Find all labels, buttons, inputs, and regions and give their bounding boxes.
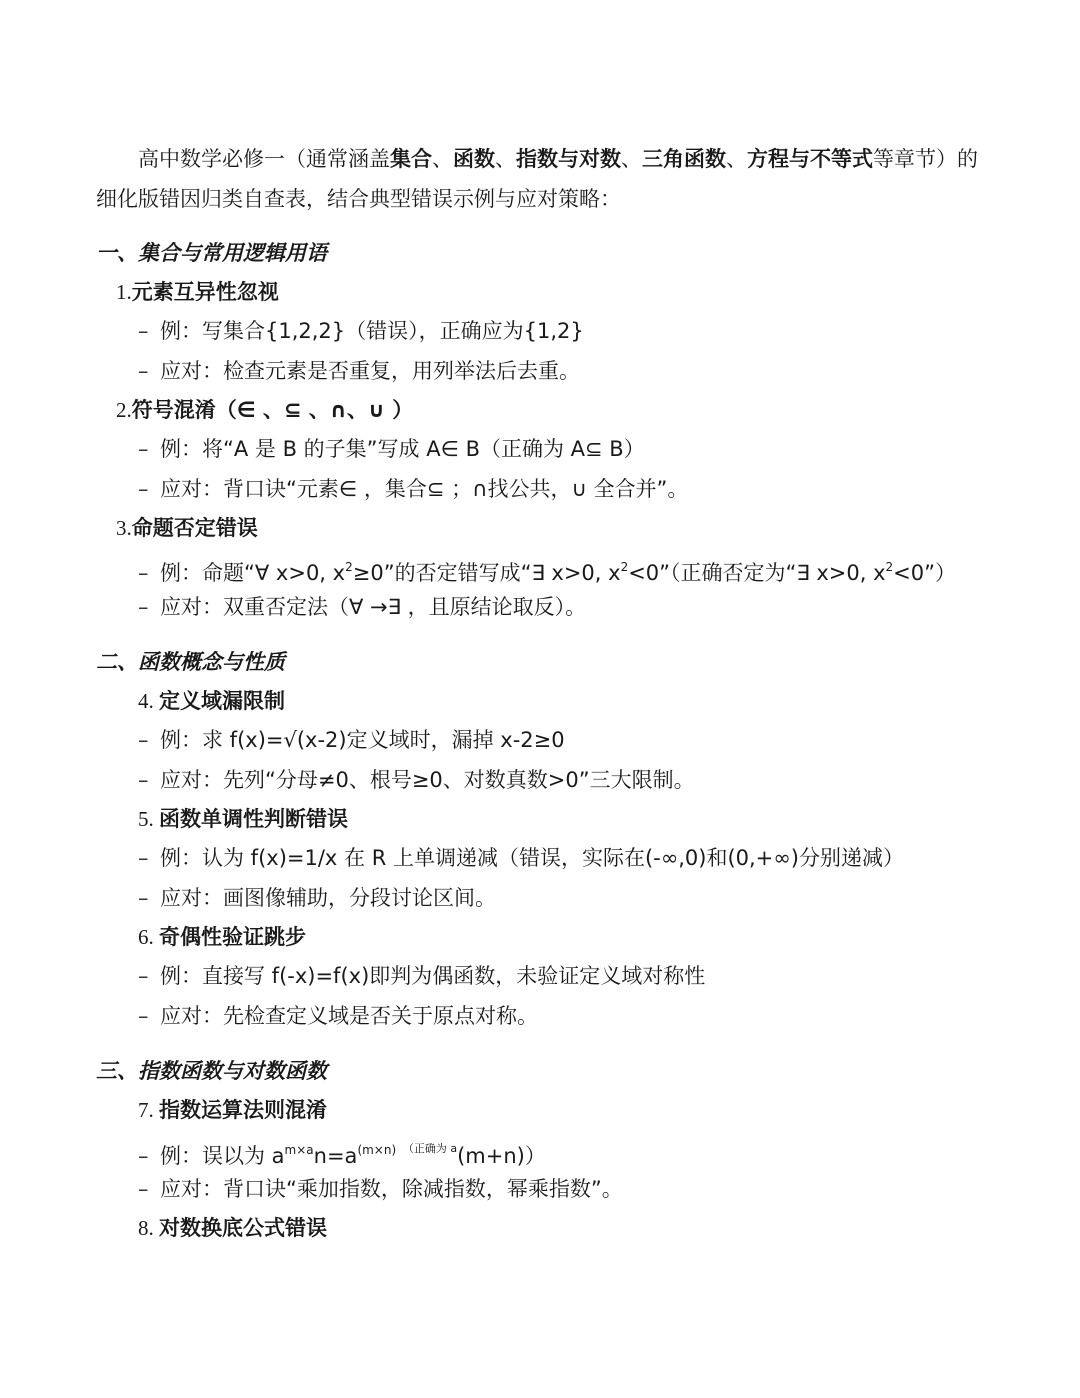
example-text: ≥0”的否定错写成“∃ x>0, x: [353, 561, 621, 585]
item-3-title: 3.命题否定错误: [116, 513, 258, 543]
item-7-example: –例：误以为 am×an=a(m×n) （正确为 a(m+n)）: [138, 1134, 546, 1171]
item-6-strategy: –应对：先检查定义域是否关于原点对称。: [138, 1001, 538, 1031]
separator: 、: [495, 147, 516, 171]
example-text: <0”）: [893, 561, 956, 585]
dash-bullet-icon: –: [138, 1141, 160, 1171]
item-3-strategy: –应对：双重否定法（∀ →∃ ，且原结论取反）。: [138, 592, 586, 622]
strategy-text: 应对：画图像辅助，分段讨论区间。: [160, 886, 496, 910]
dash-bullet-icon: –: [138, 558, 160, 588]
item-7-title: 7. 指数运算法则混淆: [138, 1095, 327, 1125]
example-text: 例：写集合{1,2,2}（错误），正确应为{1,2}: [160, 319, 584, 343]
dash-bullet-icon: –: [138, 765, 160, 795]
item-1-title: 1.元素互异性忽视: [116, 277, 279, 307]
item-title: 元素互异性忽视: [132, 280, 279, 304]
dash-bullet-icon: –: [138, 434, 160, 464]
dash-bullet-icon: –: [138, 592, 160, 622]
item-4-example: –例：求 f(x)=√(x-2)定义域时，漏掉 x-2≥0: [138, 725, 565, 755]
strategy-text: 应对：背口诀“元素∈ ，集合⊆ ；∩找公共，∪ 全合并”。: [160, 477, 688, 501]
item-title: 命题否定错误: [132, 516, 258, 540]
intro-text: 高中数学必修一（通常涵盖: [138, 147, 390, 171]
item-7-strategy: –应对：背口诀“乘加指数，除减指数，幂乘指数”。: [138, 1174, 623, 1204]
section-heading-3: 三、指数函数与对数函数: [96, 1056, 327, 1086]
intro-text: 等章节）的: [873, 147, 978, 171]
superscript: m×a: [285, 1143, 314, 1157]
dash-bullet-icon: –: [138, 356, 160, 386]
item-6-title: 6. 奇偶性验证跳步: [138, 922, 306, 952]
section-heading-1: 一、集合与常用逻辑用语: [96, 238, 327, 268]
dash-bullet-icon: –: [138, 1001, 160, 1031]
example-text: 例：将“A 是 B 的子集”写成 A∈ B（正确为 A⊆ B）: [160, 437, 645, 461]
example-text: n=a: [314, 1144, 358, 1168]
intro-bold-equations: 方程与不等式: [747, 147, 873, 171]
separator: 、: [726, 147, 747, 171]
item-number: 4.: [138, 689, 154, 713]
item-number: 1.: [116, 280, 132, 304]
item-5-strategy: –应对：画图像辅助，分段讨论区间。: [138, 883, 496, 913]
separator: 、: [621, 147, 642, 171]
item-title: 对数换底公式错误: [159, 1216, 327, 1240]
strategy-text: 应对：先检查定义域是否关于原点对称。: [160, 1004, 538, 1028]
strategy-text: 应对：先列“分母≠0、根号≥0、对数真数>0”三大限制。: [160, 768, 695, 792]
item-number: 7.: [138, 1098, 154, 1122]
intro-bold-exp-log: 指数与对数: [516, 147, 621, 171]
section-heading-2: 二、函数概念与性质: [96, 647, 285, 677]
dash-bullet-icon: –: [138, 1174, 160, 1204]
example-text: 例：命题“∀ x>0, x: [160, 561, 345, 585]
item-3-example: –例：命题“∀ x>0, x2≥0”的否定错写成“∃ x>0, x2<0”（正确…: [138, 552, 956, 588]
item-5-title: 5. 函数单调性判断错误: [138, 804, 348, 834]
dash-bullet-icon: –: [138, 883, 160, 913]
item-number: 2.: [116, 398, 132, 422]
item-4-strategy: –应对：先列“分母≠0、根号≥0、对数真数>0”三大限制。: [138, 765, 695, 795]
item-1-strategy: –应对：检查元素是否重复，用列举法后去重。: [138, 356, 580, 386]
item-1-example: –例：写集合{1,2,2}（错误），正确应为{1,2}: [138, 316, 584, 346]
item-title: 函数单调性判断错误: [159, 807, 348, 831]
example-text: 例：求 f(x)=√(x-2)定义域时，漏掉 x-2≥0: [160, 728, 565, 752]
item-title: 符号混淆（∈ 、⊆ 、∩、∪ ）: [132, 398, 413, 422]
example-text: 例：误以为 a: [160, 1144, 285, 1168]
item-number: 3.: [116, 516, 132, 540]
item-number: 8.: [138, 1216, 154, 1240]
item-8-title: 8. 对数换底公式错误: [138, 1213, 327, 1243]
superscript: （正确为 a: [403, 1142, 457, 1155]
item-2-strategy: –应对：背口诀“元素∈ ，集合⊆ ；∩找公共，∪ 全合并”。: [138, 474, 688, 504]
item-2-example: –例：将“A 是 B 的子集”写成 A∈ B（正确为 A⊆ B）: [138, 434, 645, 464]
example-text: <0”（正确否定为“∃ x>0, x: [628, 561, 885, 585]
intro-bold-functions: 函数: [453, 147, 495, 171]
intro-bold-sets: 集合: [390, 147, 432, 171]
example-text: (m+n)）: [457, 1144, 546, 1168]
dash-bullet-icon: –: [138, 474, 160, 504]
dash-bullet-icon: –: [138, 316, 160, 346]
item-title: 奇偶性验证跳步: [159, 925, 306, 949]
item-number: 6.: [138, 925, 154, 949]
dash-bullet-icon: –: [138, 843, 160, 873]
strategy-text: 应对：背口诀“乘加指数，除减指数，幂乘指数”。: [160, 1177, 623, 1201]
superscript: 2: [345, 560, 353, 574]
example-text: 例：认为 f(x)=1/x 在 R 上单调递减（错误，实际在(-∞,0)和(0,…: [160, 846, 904, 870]
separator: 、: [432, 147, 453, 171]
superscript: (m×n): [357, 1143, 396, 1157]
item-4-title: 4. 定义域漏限制: [138, 686, 285, 716]
strategy-text: 应对：双重否定法（∀ →∃ ，且原结论取反）。: [160, 595, 586, 619]
item-number: 5.: [138, 807, 154, 831]
item-title: 指数运算法则混淆: [159, 1098, 327, 1122]
intro-line-1: 高中数学必修一（通常涵盖集合、函数、指数与对数、三角函数、方程与不等式等章节）的: [138, 144, 978, 174]
item-title: 定义域漏限制: [159, 689, 285, 713]
intro-bold-trig: 三角函数: [642, 147, 726, 171]
strategy-text: 应对：检查元素是否重复，用列举法后去重。: [160, 359, 580, 383]
dash-bullet-icon: –: [138, 961, 160, 991]
dash-bullet-icon: –: [138, 725, 160, 755]
item-2-title: 2.符号混淆（∈ 、⊆ 、∩、∪ ）: [116, 395, 413, 425]
example-text: 例：直接写 f(-x)=f(x)即判为偶函数，未验证定义域对称性: [160, 964, 705, 988]
item-5-example: –例：认为 f(x)=1/x 在 R 上单调递减（错误，实际在(-∞,0)和(0…: [138, 843, 904, 873]
item-6-example: –例：直接写 f(-x)=f(x)即判为偶函数，未验证定义域对称性: [138, 961, 705, 991]
intro-line-2: 细化版错因归类自查表，结合典型错误示例与应对策略：: [96, 184, 621, 214]
